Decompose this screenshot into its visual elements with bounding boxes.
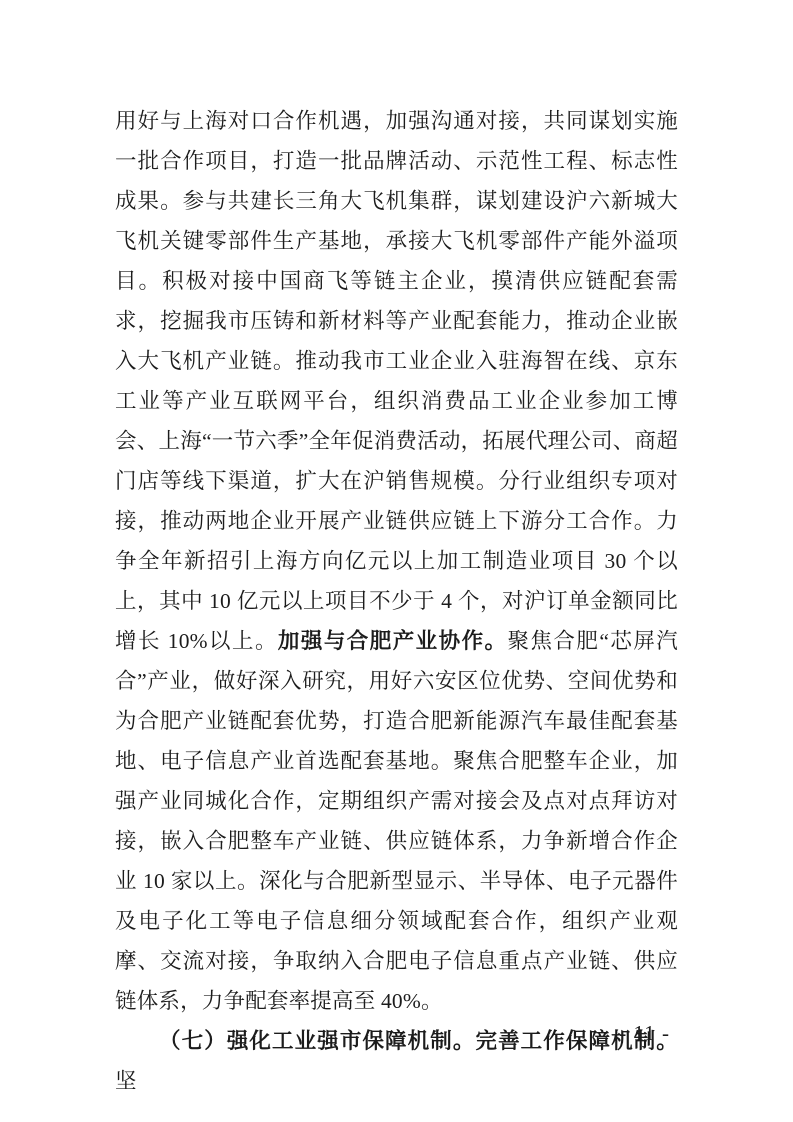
page-number: - 11 - [619, 1020, 670, 1046]
document-page: 用好与上海对口合作机遇，加强沟通对接，共同谋划实施一批合作项目，打造一批品牌活动… [0, 0, 793, 1122]
text-run: 坚 [115, 1069, 137, 1093]
body-paragraph-continuation: 用好与上海对口合作机遇，加强沟通对接，共同谋划实施一批合作项目，打造一批品牌活动… [115, 101, 678, 1021]
section-heading-paragraph: （七）强化工业强市保障机制。完善工作保障机制。坚 [115, 1021, 678, 1101]
bold-text-run: 加强与合肥产业协作。 [278, 629, 508, 653]
bold-text-run: （七）强化工业强市保障机制。完善工作保障机制。 [159, 1029, 678, 1053]
text-run: 用好与上海对口合作机遇，加强沟通对接，共同谋划实施一批合作项目，打造一批品牌活动… [115, 109, 678, 653]
text-run: 聚焦合肥“芯屏汽合”产业，做好深入研究，用好六安区位优势、空间优势和为合肥产业链… [115, 629, 678, 1013]
document-body: 用好与上海对口合作机遇，加强沟通对接，共同谋划实施一批合作项目，打造一批品牌活动… [115, 101, 678, 1101]
